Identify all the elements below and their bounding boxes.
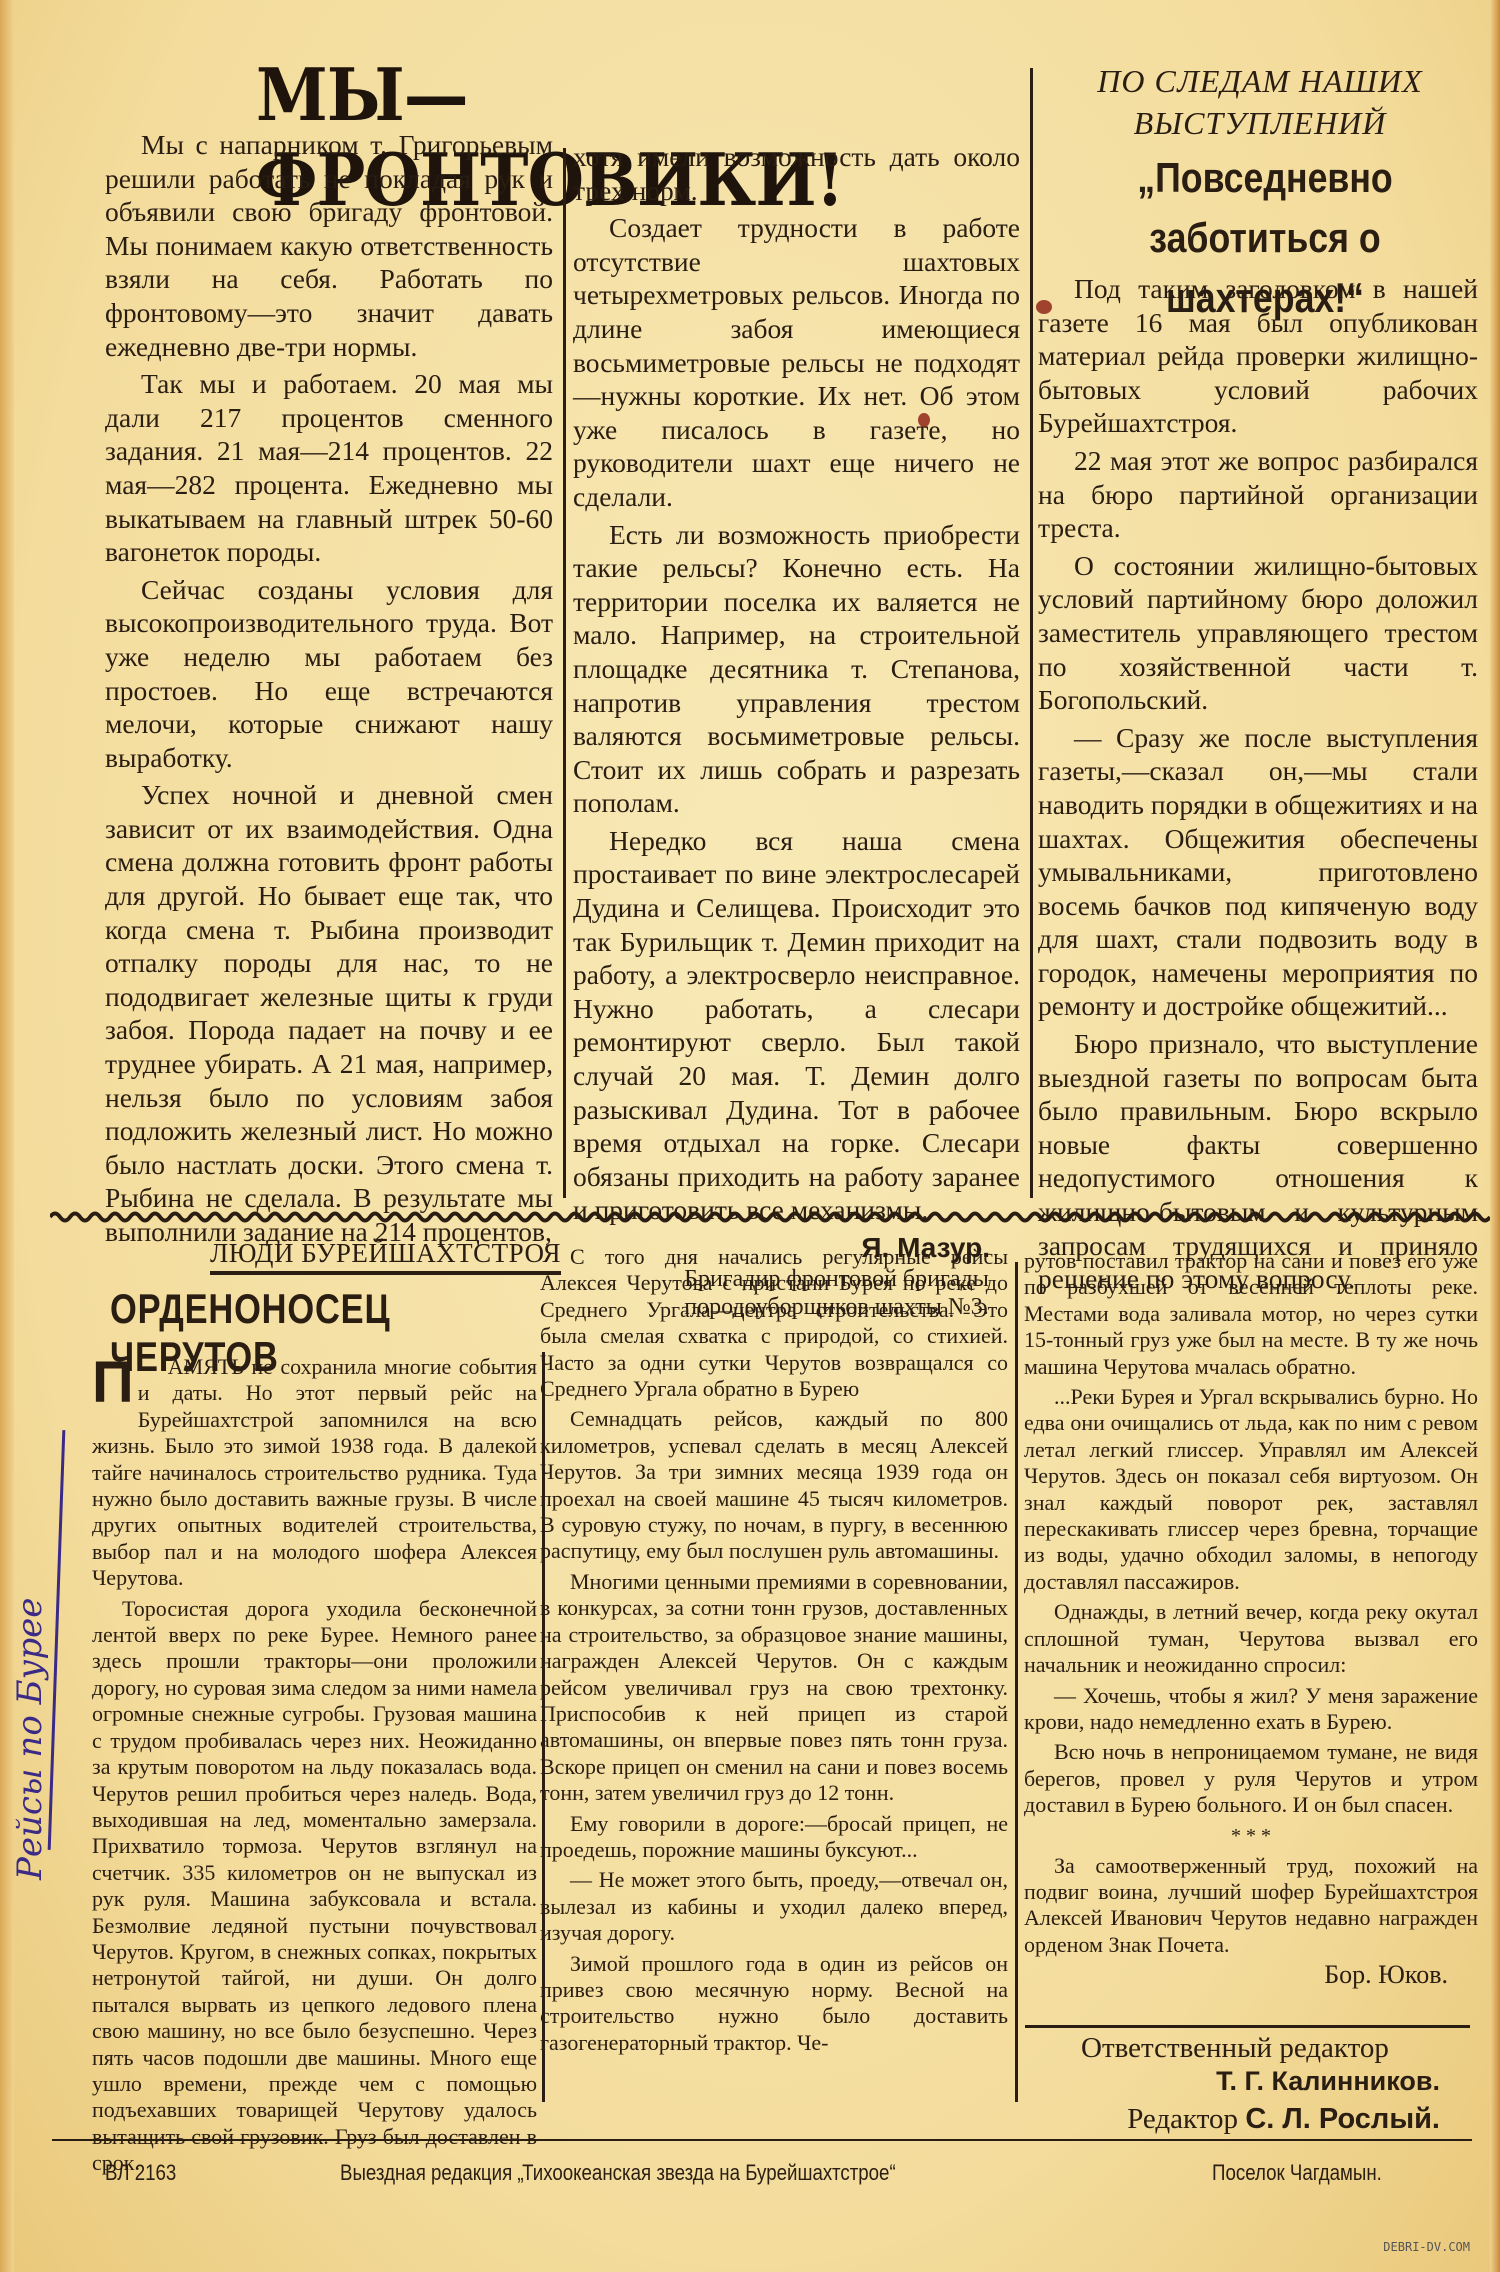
article2-rubric: ПО СЛЕДАМ НАШИХ ВЫСТУПЛЕНИЙ	[1050, 60, 1470, 144]
paragraph: За самоотверженный труд, похожий на подв…	[1024, 1853, 1478, 1959]
paragraph: Так мы и работаем. 20 мая мы дали 217 пр…	[105, 367, 553, 569]
paragraph: хотя имели возможность дать около трех н…	[573, 140, 1020, 207]
column-divider	[563, 148, 566, 1198]
article3-section-label: ЛЮДИ БУРЕЙШАХТСТРОЯ	[210, 1238, 561, 1275]
newspaper-page: МЫ—ФРОНТОВИКИ! Мы с напарником т. Григор…	[0, 0, 1500, 2272]
paragraph: Многими ценными премиями в соревновании,…	[540, 1569, 1008, 1807]
watermark: DEBRI-DV.COM	[1383, 2240, 1470, 2254]
paragraph: 22 мая этот же вопрос разбирался на бюро…	[1038, 444, 1478, 545]
paragraph: О состоянии жилищно-бытовых условий парт…	[1038, 549, 1478, 717]
footer-publisher: Выездная редакция „Тихоокеанская звезда …	[340, 2160, 896, 2186]
paragraph: Ему говорили в дороге:—бросай прицеп, не…	[540, 1811, 1008, 1864]
editor-row: Редактор С. Л. Рослый.	[1020, 2103, 1440, 2136]
footer-location: Поселок Чагдамын.	[1212, 2160, 1382, 2186]
footer-divider	[52, 2139, 1472, 2141]
article3-column-2: С того дня начались регулярные рейсы Але…	[540, 1244, 1008, 2056]
handwritten-margin-note: Рейсы по Бурее	[10, 1480, 70, 1880]
column-divider	[1015, 1262, 1018, 2102]
paragraph: Создает трудности в работе отсутствие ша…	[573, 211, 1020, 513]
paragraph: рутов поставил трактор на сани и повез е…	[1024, 1248, 1478, 1380]
stars-separator: * * *	[1024, 1827, 1478, 1845]
paragraph: — Сразу же после выступления газеты,—ска…	[1038, 721, 1478, 1023]
column-divider	[1030, 68, 1033, 1198]
article3-column-3: рутов поставил трактор на сани и повез е…	[1024, 1248, 1478, 1989]
article3-column-1: ПАМЯТЬ не сохранила многие события и дат…	[92, 1354, 537, 2177]
paragraph: Зимой прошлого года в один из рейсов он …	[540, 1951, 1008, 2057]
paragraph: Торосистая дорога уходила бесконечной ле…	[92, 1596, 537, 2177]
editors-divider	[1025, 2025, 1470, 2028]
ink-stain	[918, 413, 930, 427]
paragraph: Однажды, в летний вечер, когда реку окут…	[1024, 1599, 1478, 1678]
ink-stain	[1036, 300, 1052, 314]
paragraph: Сейчас созданы условия для высокопроизво…	[105, 573, 553, 775]
paragraph: Успех ночной и дневной смен зависит от и…	[105, 778, 553, 1248]
responsible-editor-name: Т. Г. Калинников.	[1020, 2066, 1440, 2097]
article3-author: Бор. Юков.	[1024, 1962, 1448, 1988]
paragraph: Мы с напарником т. Григорьевым решили ра…	[105, 128, 553, 363]
paragraph: Всю ночь в непроницаемом тумане, не видя…	[1024, 1739, 1478, 1818]
paragraph: ПАМЯТЬ не сохранила многие события и дат…	[92, 1354, 537, 1592]
article1-column-2: хотя имели возможность дать около трех н…	[573, 140, 1020, 1321]
paragraph: — Хочешь, чтобы я жил? У меня заражение …	[1024, 1683, 1478, 1736]
wavy-divider	[50, 1210, 1490, 1224]
article2-body: Под таким заголовком в нашей газете 16 м…	[1038, 272, 1478, 1296]
editors-block: Ответственный редактор Т. Г. Калинников.…	[1020, 2030, 1480, 2136]
paper-edge-left	[0, 0, 14, 2272]
paragraph: — Не может этого быть, проеду,—отвечал о…	[540, 1867, 1008, 1946]
paragraph: ...Реки Бурея и Ургал вскрывались бурно.…	[1024, 1384, 1478, 1595]
responsible-editor-label: Ответственный редактор	[1020, 2030, 1450, 2066]
drop-cap: П	[62, 1358, 134, 1408]
editor-name: С. Л. Рослый.	[1245, 2103, 1440, 2135]
paragraph: Нередко вся наша смена простаивает по ви…	[573, 824, 1020, 1227]
paper-edge-right	[1490, 0, 1500, 2272]
editor-label: Редактор	[1127, 2103, 1238, 2135]
paragraph: Есть ли возможность приобрести такие рел…	[573, 518, 1020, 820]
paragraph: С того дня начались регулярные рейсы Але…	[540, 1244, 1008, 1402]
footer-code: ВЛ 2163	[105, 2160, 176, 2186]
article1-column-1: Мы с напарником т. Григорьевым решили ра…	[105, 128, 553, 1249]
paragraph: Семнадцать рейсов, каждый по 800 километ…	[540, 1406, 1008, 1564]
paragraph: Под таким заголовком в нашей газете 16 м…	[1038, 272, 1478, 440]
